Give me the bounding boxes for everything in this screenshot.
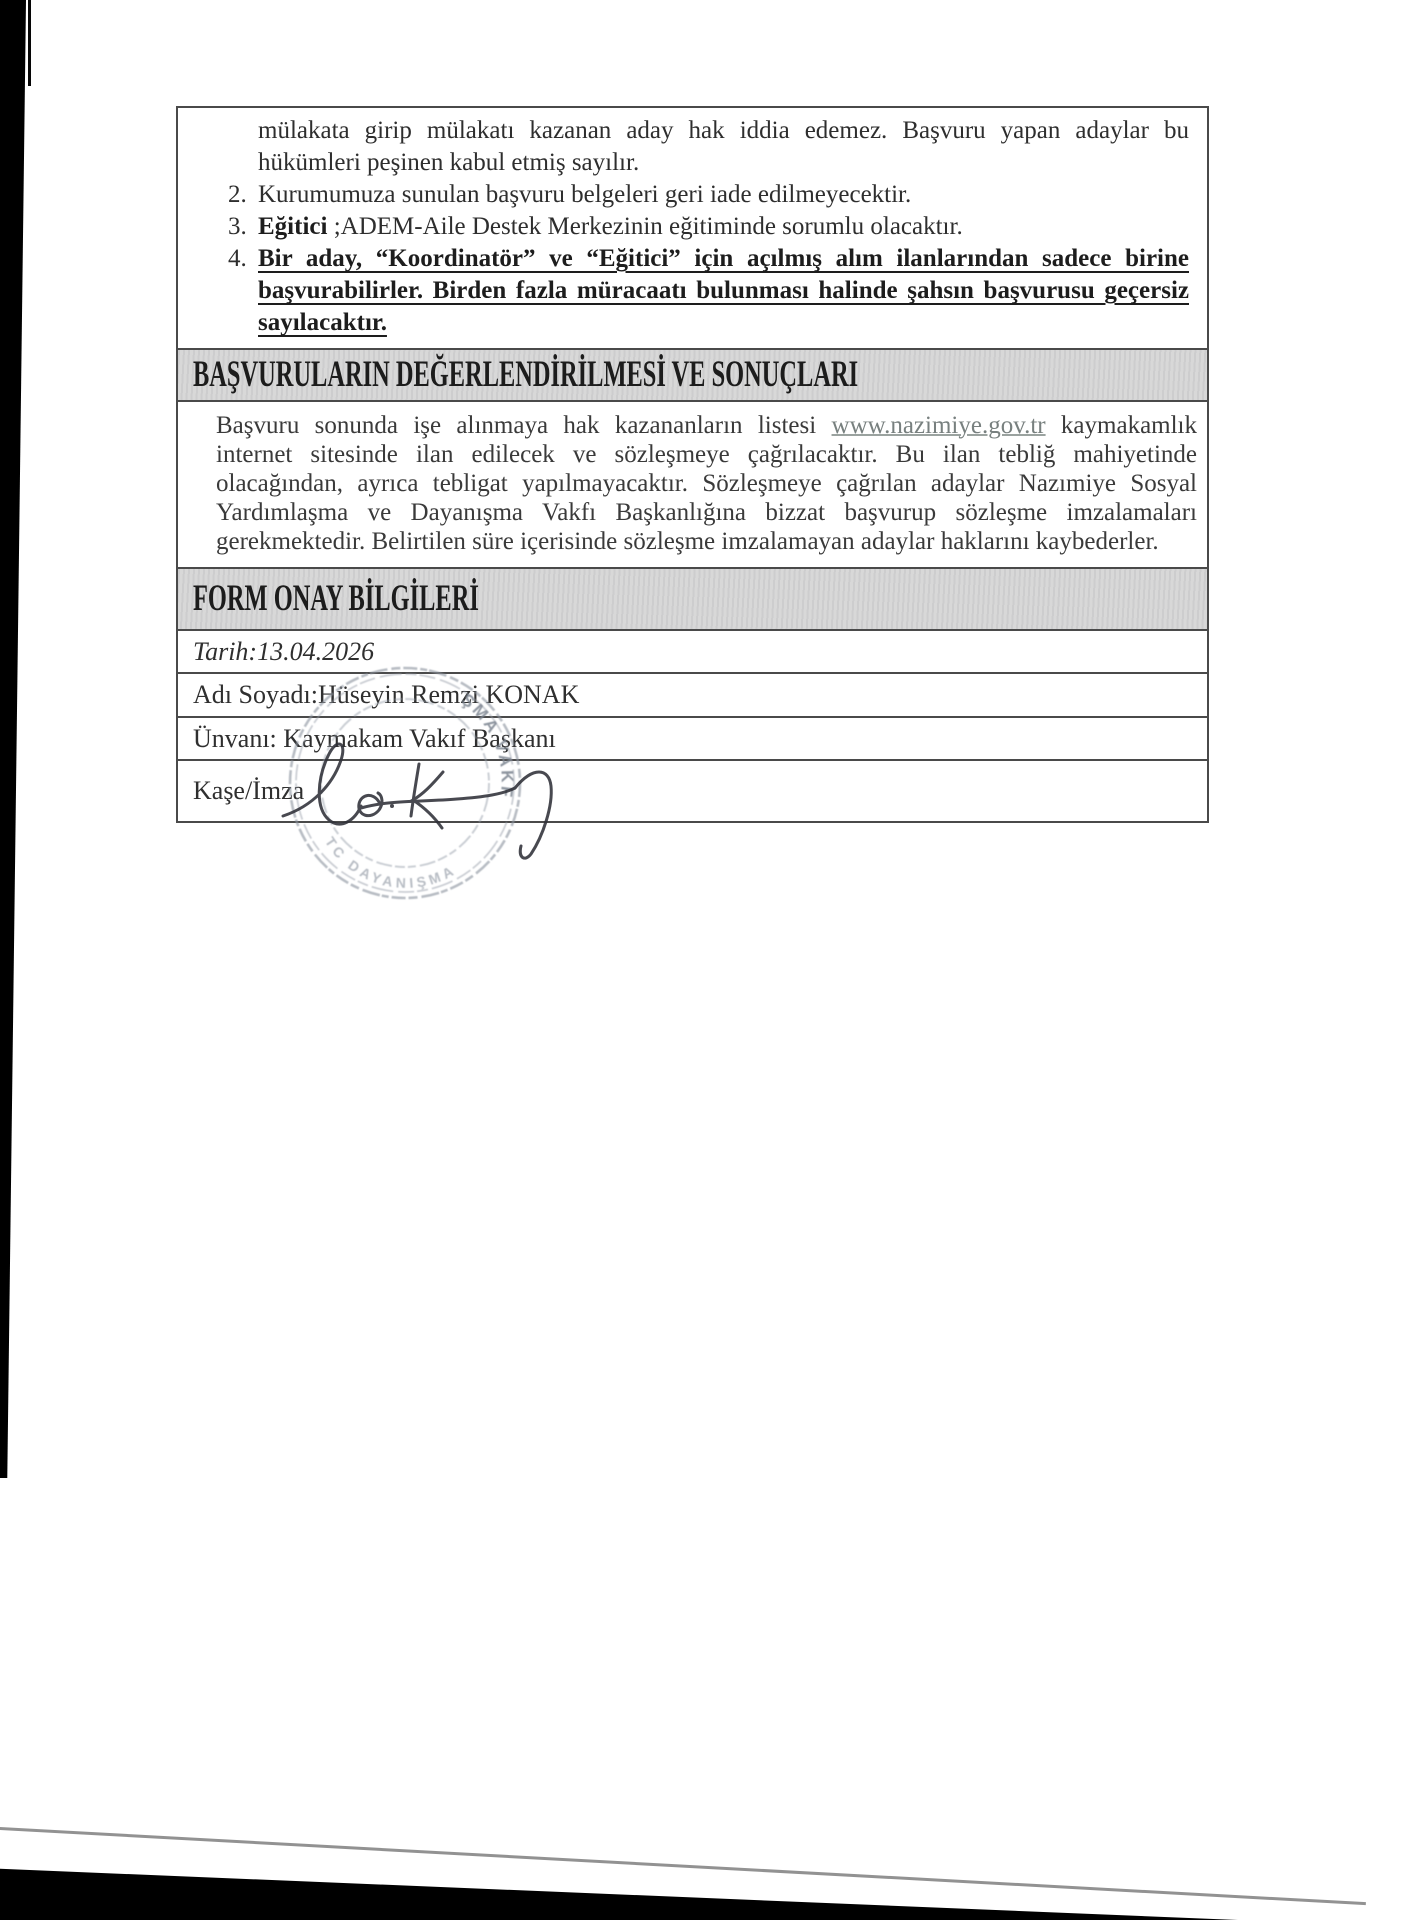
list-item-3: 3. Eğitici ;ADEM-Aile Destek Merkezinin …	[178, 211, 1207, 243]
scan-edge-left-line	[28, 0, 31, 86]
scanned-document-page: { "doc": { "list": { "item1": { "num": "…	[0, 0, 1403, 1920]
approval-row-stamp: Kaşe/İmza	[176, 759, 1209, 823]
list-item-number	[178, 115, 258, 179]
stamp-arc-text-bottom: TC DAYANIŞMA	[322, 834, 459, 891]
approval-row-name: Adı Soyadı:Hüseyin Remzi KONAK	[176, 672, 1209, 718]
list-item-continuation: mülakata girip mülakatı kazanan aday hak…	[178, 115, 1207, 179]
section-header-evaluation: BAŞVURULARIN DEĞERLENDİRİLMESİ VE SONUÇL…	[176, 348, 1209, 402]
approval-date-text: Tarih:13.04.2026	[193, 637, 374, 667]
approval-row-title: Ünvanı: Kaymakam Vakıf Başkanı	[176, 716, 1209, 761]
section-header-text: BAŞVURULARIN DEĞERLENDİRİLMESİ VE SONUÇL…	[193, 357, 858, 393]
list-item-text: mülakata girip mülakatı kazanan aday hak…	[258, 115, 1207, 179]
approval-stamp-label: Kaşe/İmza	[193, 776, 304, 806]
section-header-text: FORM ONAY BİLGİLERİ	[193, 581, 479, 617]
scan-bottom-black-wedge	[0, 1856, 1238, 1920]
approval-row-date: Tarih:13.04.2026	[176, 629, 1209, 674]
list-item-rest: ;ADEM-Aile Destek Merkezinin eğitiminde …	[327, 213, 962, 240]
list-item-2: 2. Kurumumuza sunulan başvuru belgeleri …	[178, 179, 1207, 211]
list-item-text: Kurumumuza sunulan başvuru belgeleri ger…	[258, 179, 1207, 211]
list-item-4: 4. Bir aday, “Koordinatör” ve “Eğitici” …	[178, 243, 1207, 339]
form-document: mülakata girip mülakatı kazanan aday hak…	[176, 106, 1209, 823]
list-item-text: Bir aday, “Koordinatör” ve “Eğitici” içi…	[258, 243, 1207, 339]
list-item-bold-term: Eğitici	[258, 213, 327, 240]
list-item-number: 4.	[178, 243, 258, 339]
website-url-text: www.nazimiye.gov.tr	[832, 412, 1046, 439]
numbered-list-section: mülakata girip mülakatı kazanan aday hak…	[176, 106, 1209, 350]
svg-text:TC DAYANIŞMA: TC DAYANIŞMA	[322, 834, 459, 891]
list-item-number: 3.	[178, 211, 258, 243]
evaluation-paragraph: Başvuru sonunda işe alınmaya hak kazanan…	[176, 400, 1209, 569]
paragraph-text-before-link: Başvuru sonunda işe alınmaya hak kazanan…	[216, 412, 832, 439]
approval-title-text: Ünvanı: Kaymakam Vakıf Başkanı	[193, 724, 556, 754]
scan-edge-left-strip	[0, 0, 26, 1478]
list-item-number: 2.	[178, 179, 258, 211]
list-item-text: Eğitici ;ADEM-Aile Destek Merkezinin eği…	[258, 211, 1207, 243]
approval-name-text: Adı Soyadı:Hüseyin Remzi KONAK	[193, 680, 579, 710]
section-header-approval: FORM ONAY BİLGİLERİ	[176, 567, 1209, 631]
